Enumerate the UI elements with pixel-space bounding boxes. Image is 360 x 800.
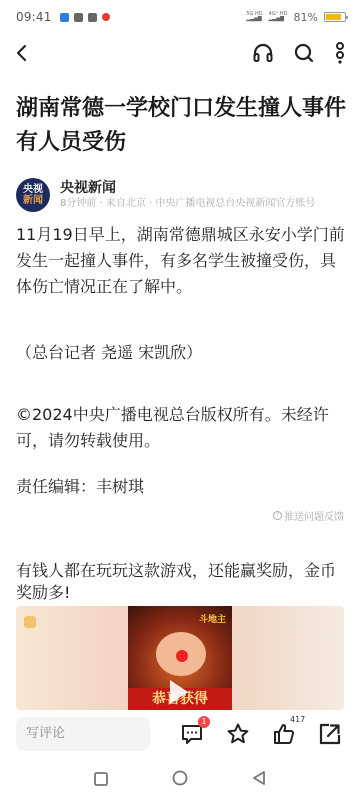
- question-icon: ?: [273, 511, 282, 520]
- media-notification-icon: [88, 13, 97, 22]
- circle-icon: [172, 770, 188, 786]
- bottom-action-bar: 写评论 1 417: [0, 710, 360, 758]
- alert-notification-icon: [102, 13, 110, 21]
- ad-brand: 斗地主: [199, 612, 226, 625]
- search-button[interactable]: [294, 43, 314, 63]
- share-button[interactable]: [318, 722, 342, 746]
- back-button[interactable]: [14, 44, 30, 62]
- author-name[interactable]: 央视新闻: [60, 179, 315, 197]
- status-time: 09:41: [16, 10, 52, 24]
- ad-title[interactable]: 有钱人都在玩玩这款游戏，还能赢奖励，金币奖励多!: [16, 560, 346, 604]
- star-icon: [226, 722, 250, 746]
- article-title: 湖南常德一学校门口发生撞人事件 有人员受伤: [16, 92, 346, 160]
- comment-input[interactable]: 写评论: [16, 717, 150, 751]
- article-meta: 8分钟前 · 来自北京 · 中央广播电视总台央视新闻官方账号: [60, 197, 315, 211]
- notification-icons: [60, 13, 110, 22]
- chevron-left-icon: [14, 44, 30, 62]
- signal-icon-2: 4G⁺ HD ▂▃▅▇: [269, 12, 288, 22]
- play-icon[interactable]: [170, 680, 188, 704]
- comments-button[interactable]: 1: [180, 722, 204, 746]
- favorite-button[interactable]: [226, 722, 250, 746]
- more-button[interactable]: [334, 42, 346, 64]
- home-button[interactable]: [172, 770, 188, 790]
- battery-icon: [324, 12, 346, 22]
- system-navigation-bar: [0, 760, 360, 800]
- listen-button[interactable]: [252, 43, 274, 63]
- message-notification-icon: [74, 13, 83, 22]
- signal-icon: 5G HD ▂▃▅▇: [246, 12, 262, 22]
- character-nose: [176, 650, 188, 662]
- like-button[interactable]: 417: [272, 722, 296, 746]
- article-paragraph: （总台记者 尧遥 宋凯欣）: [16, 340, 346, 366]
- triangle-left-icon: [252, 770, 266, 786]
- app-notification-icon: [60, 13, 69, 22]
- thumbs-up-icon: [272, 722, 296, 746]
- author-avatar[interactable]: 央视 新闻: [16, 178, 50, 212]
- top-nav-bar: [0, 34, 360, 72]
- square-icon: [94, 772, 108, 786]
- game-logo-icon: [24, 616, 36, 628]
- like-count: 417: [290, 715, 305, 724]
- share-icon: [318, 722, 342, 746]
- author-row[interactable]: 央视 新闻 央视新闻 8分钟前 · 来自北京 · 中央广播电视总台央视新闻官方账…: [16, 175, 356, 215]
- headphones-icon: [252, 43, 274, 63]
- more-vertical-icon: [334, 42, 346, 64]
- battery-percent: 81%: [294, 11, 318, 24]
- article-paragraph: 11月19日早上，湖南常德鼎城区永安小学门前发生一起撞人事件，有多名学生被撞受伤…: [16, 222, 346, 300]
- status-indicators: 5G HD ▂▃▅▇ 4G⁺ HD ▂▃▅▇ 81%: [246, 11, 346, 24]
- recents-button[interactable]: [94, 771, 108, 790]
- ad-video-thumbnail[interactable]: 斗地主 恭喜获得: [16, 606, 344, 710]
- search-icon: [294, 43, 314, 63]
- status-bar: 09:41 5G HD ▂▃▅▇ 4G⁺ HD ▂▃▅▇ 81%: [0, 0, 360, 34]
- editor-credit: 责任编辑：丰树琪: [16, 474, 346, 500]
- article-paragraph: ©2024中央广播电视总台版权所有。未经许可，请勿转载使用。: [16, 402, 346, 454]
- push-feedback-link[interactable]: ? 推送问题反馈: [273, 508, 344, 523]
- comment-count-badge: 1: [198, 716, 210, 728]
- back-system-button[interactable]: [252, 770, 266, 790]
- ad-artwork: 斗地主 恭喜获得: [128, 606, 232, 710]
